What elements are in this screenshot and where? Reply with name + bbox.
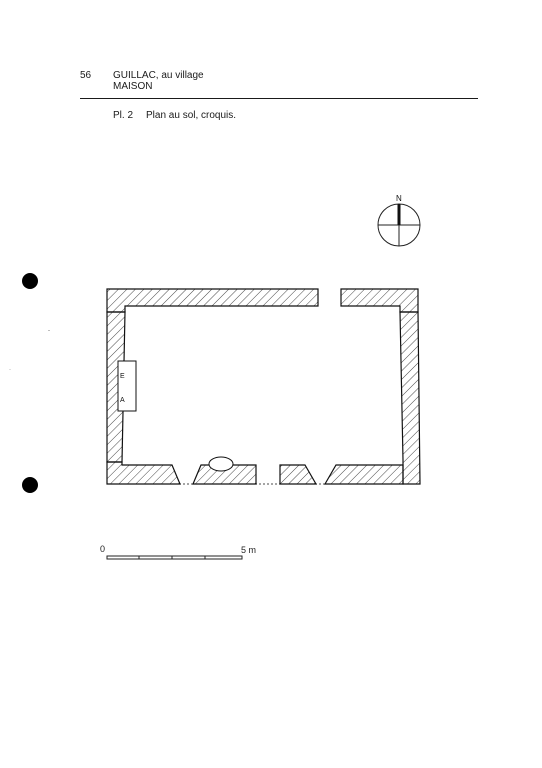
scale-start-label: 0 <box>100 544 105 554</box>
scale-bar: 0 5 m <box>100 544 256 559</box>
floor-plan-drawing: N E A 0 5 m <box>0 0 542 768</box>
compass-north-icon <box>398 204 401 225</box>
house-walls <box>107 289 420 484</box>
fireplace: E A <box>118 361 136 411</box>
svg-text:A: A <box>120 397 125 404</box>
svg-text:E: E <box>120 373 125 380</box>
north-label: N <box>396 194 402 203</box>
north-arrow: N <box>378 194 420 246</box>
oven-hearth <box>209 457 233 471</box>
scale-end-label: 5 m <box>241 545 256 555</box>
